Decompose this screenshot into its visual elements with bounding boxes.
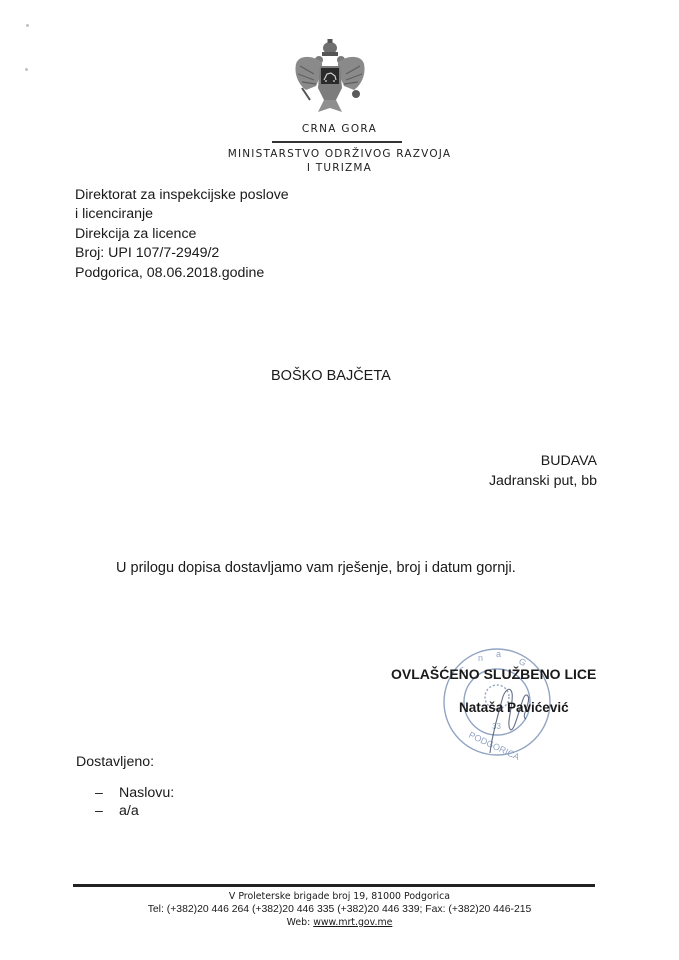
montenegro-coat-of-arms-icon — [292, 38, 368, 118]
svg-text:a: a — [496, 649, 501, 659]
reference-number: Broj: UPI 107/7-2949/2 — [75, 244, 289, 263]
distribution-label: Dostavljeno: — [76, 754, 154, 770]
country-name: CRNA GORA — [0, 123, 679, 135]
ministry-name-line1: MINISTARSTVO ODRŽIVOG RAZVOJA — [0, 147, 679, 161]
scan-speck — [25, 68, 28, 71]
dash-bullet: – — [95, 802, 119, 820]
footer: V Proleterske brigade broj 19, 81000 Pod… — [0, 890, 679, 929]
svg-text:33: 33 — [492, 722, 501, 731]
distribution-item-addressee: Naslovu: — [119, 784, 174, 802]
footer-address: V Proleterske brigade broj 19, 81000 Pod… — [0, 890, 679, 903]
list-item: – a/a — [95, 802, 174, 820]
website-link[interactable]: www.mrt.gov.me — [313, 917, 392, 928]
footer-contacts: Tel: (+382)20 446 264 (+382)20 446 335 (… — [0, 903, 679, 916]
ministry-name: MINISTARSTVO ODRŽIVOG RAZVOJA I TURIZMA — [0, 147, 679, 175]
footer-divider — [73, 884, 595, 887]
header-divider — [272, 141, 402, 143]
svg-text:n: n — [478, 653, 483, 663]
recipient-name: BOŠKO BAJČETA — [271, 368, 391, 384]
recipient-address: BUDAVA Jadranski put, bb — [489, 451, 597, 491]
list-item: – Naslovu: — [95, 784, 174, 802]
footer-web-label: Web: — [287, 917, 314, 928]
ministry-name-line2: I TURIZMA — [0, 161, 679, 175]
distribution-item-archive: a/a — [119, 802, 139, 820]
footer-web: Web: www.mrt.gov.me — [0, 916, 679, 929]
sender-block: Direktorat za inspekcijske poslove i lic… — [75, 186, 289, 283]
sender-department: Direkcija za licence — [75, 225, 289, 244]
dash-bullet: – — [95, 784, 119, 802]
recipient-street: Jadranski put, bb — [489, 471, 597, 491]
distribution-list: – Naslovu: – a/a — [95, 784, 174, 820]
place-and-date: Podgorica, 08.06.2018.godine — [75, 264, 289, 283]
sender-directorate-cont: i licenciranje — [75, 205, 289, 224]
scan-speck — [26, 24, 29, 27]
signatory-name: Nataša Pavićević — [459, 700, 569, 715]
signatory-title: OVLAŠĆENO SLUŽBENO LICE — [391, 666, 596, 682]
letter-body: U prilogu dopisa dostavljamo vam rješenj… — [116, 560, 516, 576]
recipient-city: BUDAVA — [489, 451, 597, 471]
sender-directorate: Direktorat za inspekcijske poslove — [75, 186, 289, 205]
